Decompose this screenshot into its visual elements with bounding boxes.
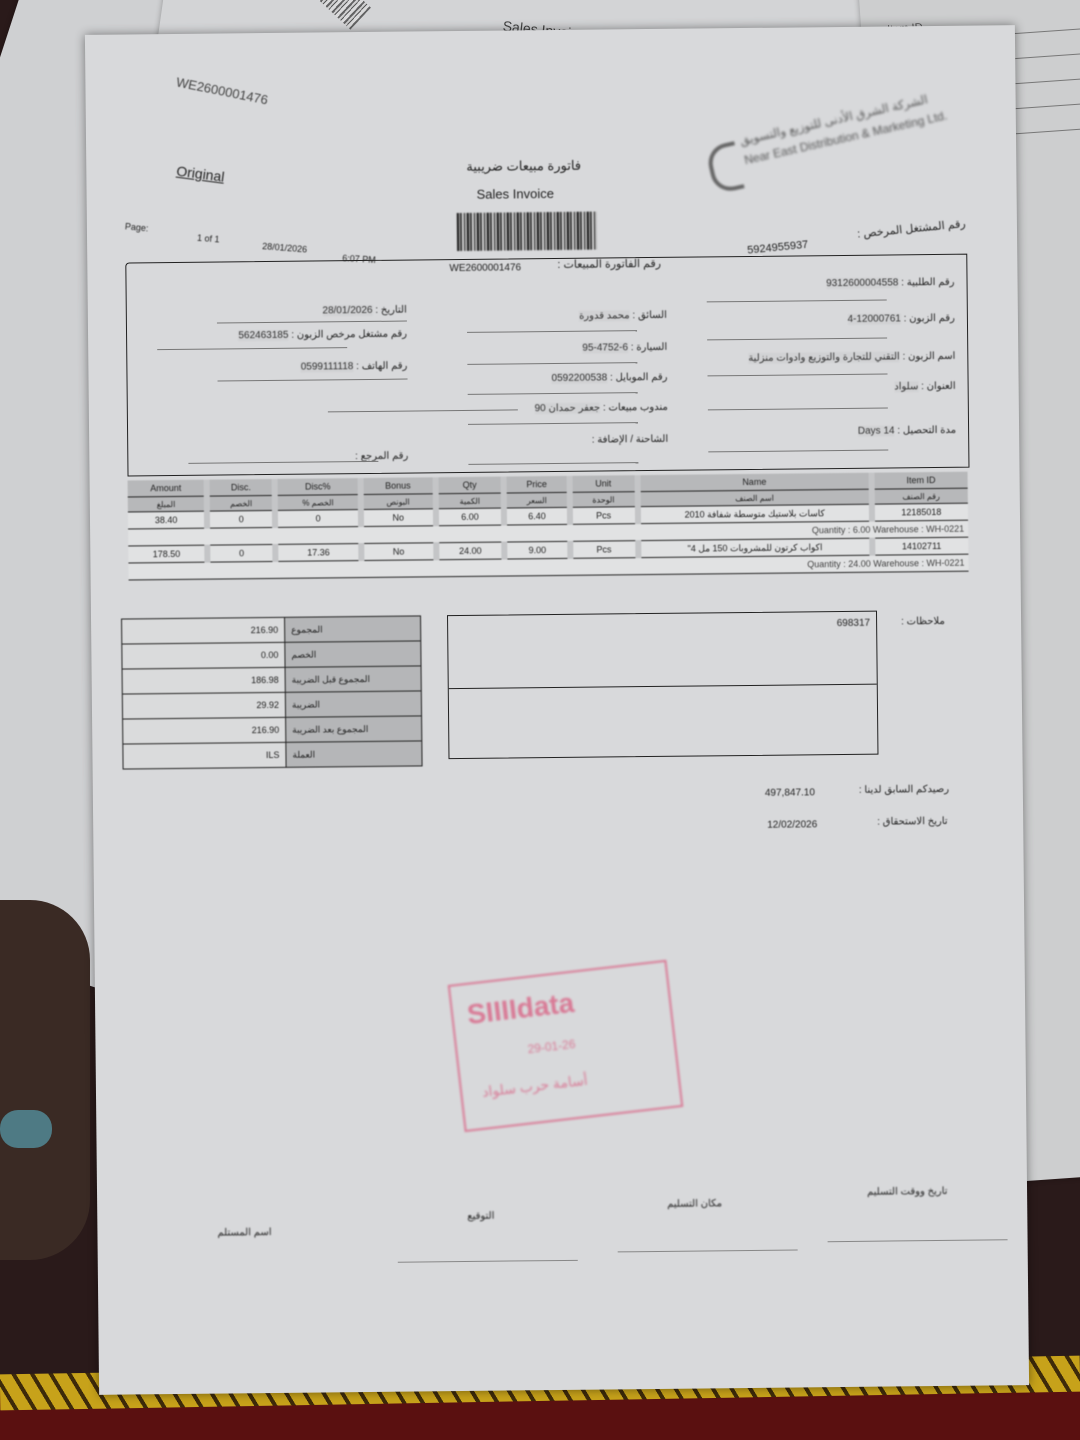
field-value: 12000761-4: [847, 313, 901, 325]
total-value: 186.98: [122, 667, 285, 694]
stamp-signature: أسامة حرب سلواد: [481, 1072, 588, 1101]
field-value: محمد قدورة: [579, 310, 630, 322]
field-value: التقني للتجارة والتوزيع وادوات منزلية: [748, 351, 900, 364]
field-collection-period: مدة التحصيل : 14 Days: [858, 425, 956, 437]
column-header-discount-percent: Disc%: [275, 478, 361, 495]
field-label: رقم الموبايل :: [610, 372, 668, 384]
field-customer-name: اسم الزبون : التقني للتجارة والتوزيع واد…: [748, 351, 955, 364]
field-label: التاريخ :: [375, 305, 407, 316]
field-underline: [328, 409, 518, 412]
total-value: 0.00: [122, 642, 285, 669]
cell-item-id: 14102711: [872, 537, 968, 555]
cell-bonus: No: [361, 543, 436, 561]
total-label: المجموع قبل الضريبة: [285, 666, 421, 692]
field-underline: [188, 461, 378, 464]
page-label: Page:: [125, 221, 149, 233]
field-underline: [218, 379, 408, 382]
field-underline: [467, 330, 637, 333]
field-value: 28/01/2026: [322, 305, 372, 317]
field-label: مندوب مبيعات :: [603, 402, 668, 414]
total-value: 216.90: [122, 617, 285, 644]
field-underline: [708, 408, 888, 411]
invoice-title-arabic: فاتورة مبيعات ضريبية: [466, 158, 581, 175]
cell-discount: 0: [207, 510, 275, 528]
signature-line: [828, 1239, 1008, 1242]
totals-row: 216.90 المجموع بعد الضريبة: [123, 716, 422, 744]
field-order-number: رقم الطلبية : 9312600004558: [826, 277, 955, 289]
field-value: 562463185: [238, 330, 288, 342]
background-barcode: [255, 0, 371, 30]
field-label: الشاحنة / الإضافة :: [592, 434, 669, 446]
field-driver: السائق : محمد قدورة: [579, 310, 667, 322]
field-underline: [468, 422, 638, 425]
field-value: 9312600004558: [826, 277, 898, 289]
company-logo: الشركة الشرق الأدنى للتوزيع والتسويق Nea…: [701, 80, 950, 201]
stamp-date: 29-01-26: [527, 1037, 576, 1056]
field-underline: [708, 450, 888, 453]
company-stamp: SIIIIdata 29-01-26 أسامة حرب سلواد: [448, 960, 684, 1132]
column-header-price: Price: [504, 476, 569, 493]
field-label: اسم الزبون :: [902, 351, 955, 363]
field-label: رقم الطلبية :: [901, 277, 954, 289]
previous-balance-label: رصيدكم السابق لدينا :: [859, 784, 949, 796]
field-customer-license: رقم مشتغل مرخص الزبون : 562463185: [238, 329, 407, 342]
cell-qty: 24.00: [436, 542, 505, 560]
column-header-item-id: Item ID: [871, 472, 967, 490]
column-header-ar: السعر: [504, 492, 569, 508]
field-vehicle: السيارة : 6-4752-95: [582, 342, 667, 354]
column-header-ar: % الخصم: [275, 495, 361, 511]
field-underline: [707, 338, 887, 341]
page-number: 1 of 1: [197, 233, 220, 245]
field-label: مدة التحصيل :: [897, 425, 956, 437]
totals-row: 29.92 الضريبة: [122, 691, 421, 719]
invoice-info-box: رقم الطلبية : 9312600004558 رقم الزبون :…: [125, 254, 969, 477]
total-label: الضريبة: [285, 691, 421, 717]
signature-label-receiver-name: اسم المستلم: [217, 1227, 271, 1239]
print-date: 28/01/2026: [262, 241, 308, 254]
field-value: جعفر حمدان 90: [535, 403, 601, 415]
field-sales-rep: مندوب مبيعات : جعفر حمدان 90: [535, 402, 668, 414]
field-underline: [708, 374, 888, 377]
cell-price: 6.40: [504, 507, 569, 525]
column-header-ar: الكمية: [435, 493, 504, 509]
copy-label: Original: [176, 163, 226, 185]
total-value: ILS: [123, 742, 286, 769]
notes-box: 698317: [447, 611, 878, 759]
total-label: العملة: [286, 741, 422, 767]
column-header-ar: البونص: [361, 494, 436, 510]
cell-discount: 0: [208, 544, 276, 562]
field-label: السيارة :: [631, 342, 668, 353]
column-header-ar: الخصم: [207, 495, 275, 511]
cell-item-id: 12185018: [872, 503, 968, 521]
cell-discount-percent: 0: [275, 510, 361, 528]
cell-amount: 38.40: [128, 511, 207, 529]
field-underline: [707, 300, 887, 303]
notes-divider: [449, 684, 877, 689]
customer-tax-number: 5924955937: [747, 239, 809, 257]
total-label: المجموع: [285, 616, 421, 642]
cell-amount: 178.50: [128, 545, 207, 563]
column-header-ar: المبلغ: [128, 496, 207, 512]
column-header-ar: رقم الصنف: [871, 488, 967, 504]
field-customer-number: رقم الزبون : 12000761-4: [847, 313, 955, 325]
field-label: رقم الهاتف :: [356, 361, 407, 373]
cell-discount-percent: 17.36: [276, 544, 362, 562]
previous-balance-value: 497,847.10: [765, 787, 815, 799]
customer-tax-number-label: رقم المشتغل المرخص :: [857, 217, 967, 241]
field-label: رقم مشتغل مرخص الزبون :: [291, 329, 407, 341]
cell-price: 9.00: [505, 541, 570, 559]
field-value: 14 Days: [858, 425, 895, 436]
cell-unit: Pcs: [569, 507, 637, 525]
field-underline: [468, 392, 638, 395]
totals-row: 216.90 المجموع: [122, 616, 421, 644]
cell-unit: Pcs: [570, 541, 638, 559]
total-value: 216.90: [123, 717, 286, 744]
signature-line: [618, 1250, 798, 1253]
column-header-bonus: Bonus: [361, 477, 436, 494]
reference-number-top: WE2600001476: [175, 74, 269, 107]
notes-value: 698317: [837, 618, 870, 629]
field-underline: [468, 462, 638, 465]
fingernail: [0, 1110, 52, 1148]
total-label: المجموع بعد الضريبة: [286, 716, 422, 742]
column-header-amount: Amount: [128, 480, 207, 497]
field-label: العنوان :: [921, 381, 956, 392]
cell-qty: 6.00: [435, 508, 504, 526]
field-mobile: رقم الموبايل : 0592200538: [552, 372, 668, 384]
column-header-ar: الوحدة: [569, 492, 637, 508]
stamp-name: SIIIIdata: [465, 987, 575, 1031]
notes-label: ملاحظات :: [901, 616, 945, 627]
field-phone: رقم الهاتف : 0599111118: [301, 361, 408, 373]
barcode: [457, 212, 597, 251]
column-header-discount: Disc.: [207, 479, 275, 496]
field-date: التاريخ : 28/01/2026: [322, 305, 406, 317]
column-header-unit: Unit: [569, 475, 637, 492]
cell-bonus: No: [361, 509, 436, 527]
due-date-label: تاريخ الاستحقاق :: [877, 816, 948, 828]
sales-invoice-page: WE2600001476 Original فاتورة مبيعات ضريب…: [85, 25, 1029, 1395]
signature-label-delivery-datetime: تاريخ ووقت التسليم: [867, 1186, 948, 1198]
field-label: السائق :: [632, 310, 667, 321]
signature-label-signature: التوقيع: [467, 1211, 494, 1222]
totals-row: 0.00 الخصم: [122, 641, 421, 669]
totals-row: 186.98 المجموع قبل الضريبة: [122, 666, 421, 694]
field-value: 0599111118: [301, 361, 354, 373]
field-value: سلواد: [894, 381, 918, 392]
logo-mark-icon: [705, 141, 745, 194]
field-underline: [157, 347, 347, 350]
field-underline: [217, 321, 407, 324]
column-header-qty: Qty: [435, 477, 504, 494]
total-value: 29.92: [122, 692, 285, 719]
field-label: رقم الزبون :: [904, 313, 955, 325]
items-table: Amount Disc. Disc% Bonus Qty Price Unit …: [128, 472, 969, 581]
signature-label-delivery-place: مكان التسليم: [667, 1198, 722, 1210]
field-truck: الشاحنة / الإضافة :: [592, 434, 669, 446]
field-address: العنوان : سلواد: [894, 381, 956, 393]
field-value: 0592200538: [552, 372, 608, 384]
totals-row: ILS العملة: [123, 741, 422, 769]
total-label: الخصم: [285, 641, 421, 667]
field-value: 6-4752-95: [582, 342, 628, 353]
due-date-value: 12/02/2026: [767, 819, 817, 831]
totals-table: 216.90 المجموع 0.00 الخصم 186.98 المجموع…: [121, 615, 423, 769]
field-underline: [467, 362, 637, 365]
hand: [0, 900, 90, 1260]
signature-line: [398, 1260, 578, 1263]
invoice-title: Sales Invoice: [477, 186, 554, 202]
